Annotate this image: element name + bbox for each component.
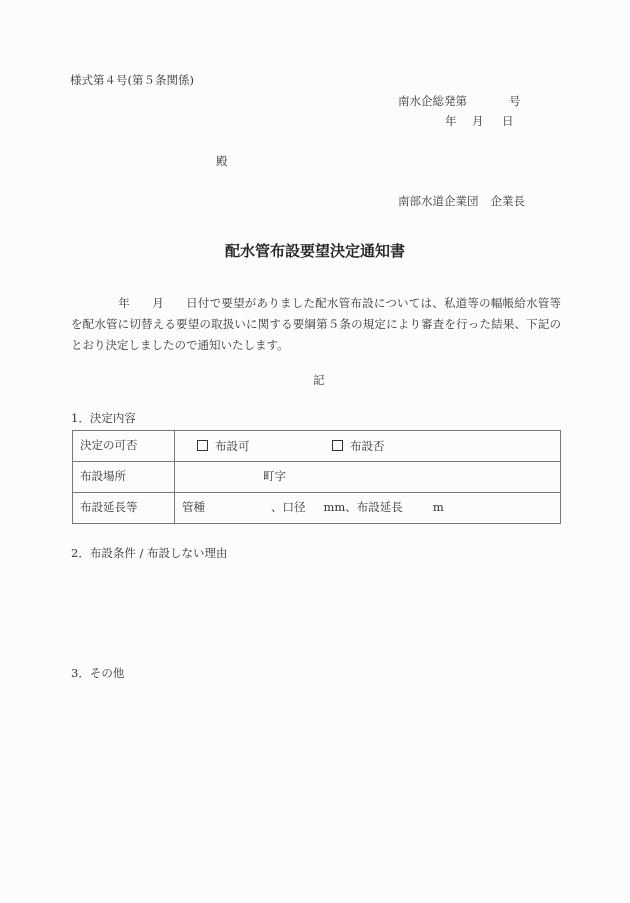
form-number: 様式第４号(第５条関係)	[70, 75, 194, 87]
length-field[interactable]: 管種、口径mm、布設延長m	[175, 493, 561, 524]
sender: 南部水道企業団企業長	[398, 196, 525, 208]
section-2-heading: 2．布設条件 / 布設しない理由	[71, 548, 228, 560]
checkbox-icon[interactable]	[332, 440, 343, 451]
decision-table: 決定の可否 布設可布設否 布設場所 町字 布設延長等 管種、口径mm、布設延長m	[72, 430, 561, 524]
section-3-heading: 3．その他	[71, 668, 124, 680]
sender-title: 企業長	[491, 194, 526, 208]
issue-date: 年月日	[445, 116, 514, 128]
body-paragraph: 年月日付で要望がありました配水管布設については、私道等の幅帳給水管等を配水管に切…	[71, 293, 561, 356]
approval-options: 布設可布設否	[175, 431, 561, 462]
diameter-label: 、口径	[271, 500, 306, 514]
addressee: 殿	[216, 156, 228, 168]
table-row: 決定の可否 布設可布設否	[73, 431, 561, 462]
document-title: 配水管布設要望決定通知書	[0, 244, 630, 259]
body-month: 月	[152, 296, 164, 310]
doc-number-prefix: 南水企総発第	[398, 94, 467, 108]
town-label: 町字	[263, 471, 286, 483]
doc-number-suffix: 号	[509, 94, 521, 108]
sender-org: 南部水道企業団	[398, 194, 479, 208]
table-row: 布設延長等 管種、口径mm、布設延長m	[73, 493, 561, 524]
section-1-heading: 1．決定内容	[71, 413, 136, 425]
document-number: 南水企総発第号	[398, 96, 521, 108]
row-label: 布設場所	[73, 462, 175, 493]
option-reject[interactable]: 布設否	[332, 439, 385, 453]
date-year: 年	[445, 116, 472, 128]
location-field[interactable]: 町字	[175, 462, 561, 493]
table-row: 布設場所 町字	[73, 462, 561, 493]
ki-heading: 記	[313, 375, 325, 387]
mm-length-label: mm、布設延長	[324, 500, 403, 514]
row-label: 決定の可否	[73, 431, 175, 462]
pipe-type-label: 管種	[182, 500, 205, 514]
body-text: 日付で要望がありました配水管布設については、私道等の幅帳給水管等を配水管に切替え…	[71, 296, 561, 352]
body-year: 年	[118, 296, 130, 310]
checkbox-icon[interactable]	[197, 440, 208, 451]
row-label: 布設延長等	[73, 493, 175, 524]
date-day: 日	[502, 116, 514, 128]
m-unit-label: m	[433, 500, 444, 514]
option-approve[interactable]: 布設可	[197, 440, 332, 453]
date-month: 月	[472, 116, 502, 128]
